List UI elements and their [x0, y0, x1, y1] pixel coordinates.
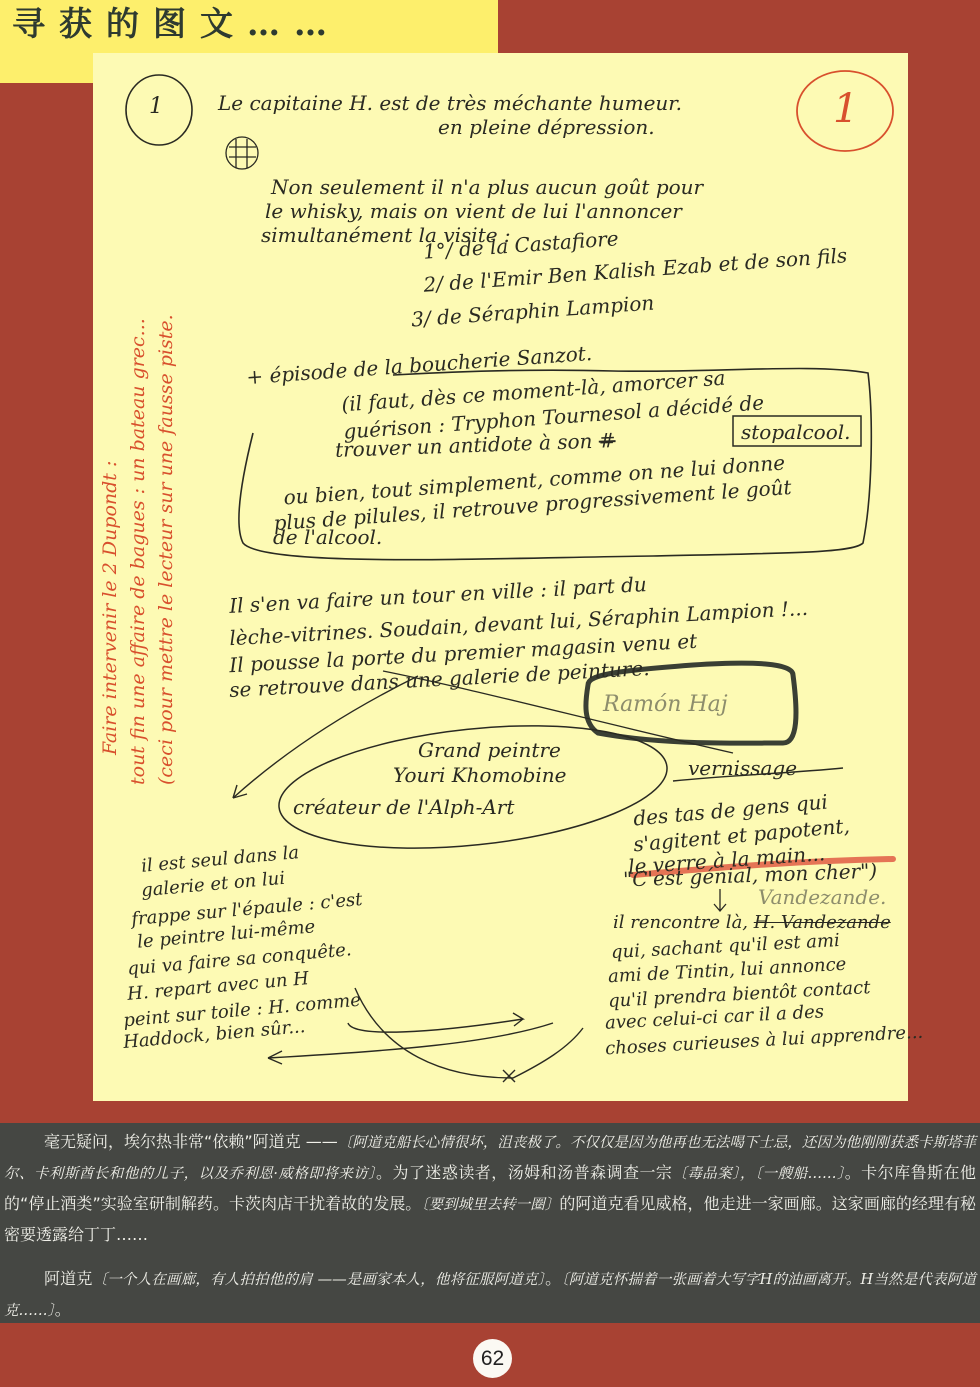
page-marker: 1: [149, 95, 163, 119]
signature-ramon-haj: Ramón Haj: [603, 693, 728, 717]
caption-paragraph-1: 毫无疑问，埃尔热非常“依赖”阿道克 ——〔阿道克船长心情很坏，沮丧极了。不仅仅是…: [0, 1127, 980, 1249]
caption-box: 毫无疑问，埃尔热非常“依赖”阿道克 ——〔阿道克船长心情很坏，沮丧极了。不仅仅是…: [0, 1123, 980, 1323]
stopalcool-boxed-word: stopalcool.: [741, 420, 851, 444]
oval-line: Youri Khomobine: [393, 763, 567, 787]
painter-oval: [273, 709, 673, 865]
margin-notes-red: Faire intervenir le 2 Dupondt : tout fin…: [96, 185, 180, 785]
manuscript-line: en pleine dépression.: [438, 115, 655, 139]
margin-note-line: (ceci pour mettre le lecteur sur une fau…: [152, 185, 180, 785]
oval-line: créateur de l'Alph-Art: [293, 795, 514, 819]
manuscript-line: de l'alcool.: [273, 525, 382, 549]
page-marker-red: 1: [833, 87, 858, 131]
oval-line: Grand peintre: [418, 738, 561, 762]
manuscript-page: Faire intervenir le 2 Dupondt : tout fin…: [93, 53, 908, 1101]
caption-paragraph-2: 阿道克〔一个人在画廊，有人拍拍他的肩 ——是画家本人，他将征服阿道克〕。〔阿道克…: [0, 1264, 980, 1326]
section-title: 寻获的图文……: [12, 0, 341, 45]
right-line: il rencontre là, H. Vandezande: [613, 911, 891, 935]
grid-symbol-icon: [226, 137, 258, 169]
right-line: vernissage: [688, 756, 797, 780]
manuscript-line: Non seulement il n'a plus aucun goût pou…: [271, 175, 703, 199]
manuscript-line: Le capitaine H. est de très méchante hum…: [218, 91, 682, 115]
manuscript-line: le whisky, mais on vient de lui l'annonc…: [265, 199, 682, 223]
right-line: Vandezande.: [758, 885, 886, 909]
margin-note-line: tout fin une affaire de bagues : un bate…: [124, 185, 152, 785]
margin-note-line: Faire intervenir le 2 Dupondt :: [96, 185, 124, 785]
page-number: 62: [473, 1339, 512, 1378]
